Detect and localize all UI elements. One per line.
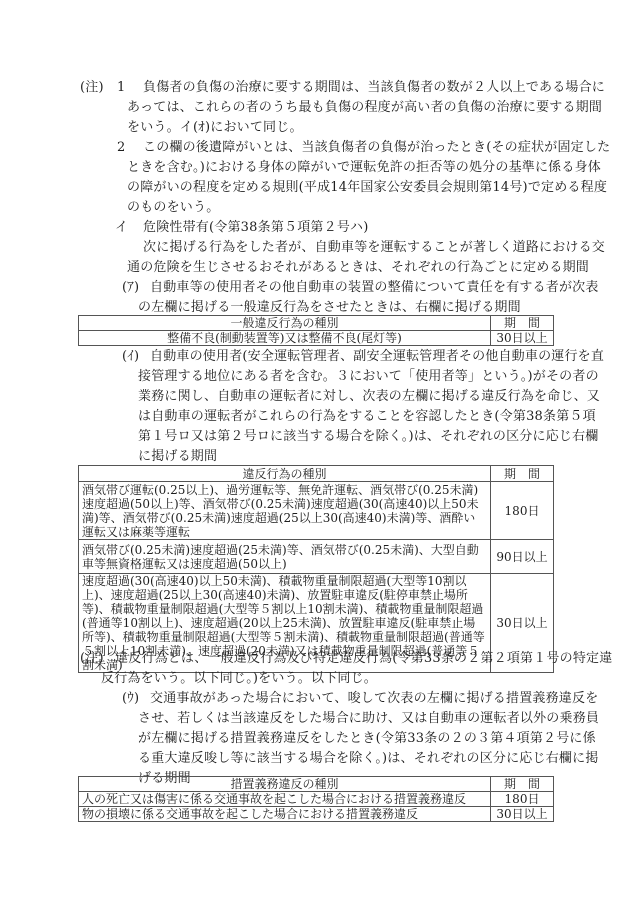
note-2-line-1: この欄の後遺障がいとは、当該負傷者の負傷が治ったとき(その症状が固定した <box>143 138 610 158</box>
sub-b-line-5: 第１号ロ又は第２号ロに該当する場合を除く。)は、それぞれの区分に応じ右欄 <box>138 427 599 447</box>
section-title: 危険性帯有(令第38条第５項第２号ハ) <box>143 218 369 238</box>
note-b-line-1: 違反行為とは、一般違反行為及び特定違反行為(令第33条の２第２項第１号の特定違 <box>115 649 612 669</box>
table-row: 整備不良(制動装置等)又は整備不良(尾灯等) 30日以上 <box>79 331 554 346</box>
table-row: 物の損壊に係る交通事故を起こした場合における措置義務違反 30日以上 <box>79 807 554 822</box>
table-cell-act: 酒気帯び(0.25未満)速度超過(25未満)等、酒気帯び(0.25未満)、大型自… <box>79 540 491 574</box>
sub-c-line-3: が左欄に掲げる措置義務違反をしたとき(令第33条の２の３第４項第２号に係 <box>138 729 596 749</box>
general-violation-table: 一般違反行為の種別 期 間 整備不良(制動装置等)又は整備不良(尾灯等) 30日… <box>78 315 554 346</box>
sub-b-line-1: 自動車の使用者(安全運転管理者、副安全運転管理者その他自動車の運行を直 <box>150 347 604 367</box>
note-number-1: 1 <box>117 78 125 98</box>
sub-b-line-3: 業務に関し、自動車の運転者に対し、次表の左欄に掲げる違反行為を命じ、又 <box>138 387 600 407</box>
sub-c-line-4: る重大違反唆し等に該当する場合を除く。)は、それぞれの区分に応じ右欄に掲 <box>138 749 599 769</box>
sub-a-label: (ｱ) <box>122 278 139 298</box>
violation-table: 違反行為の種別 期 間 酒気帯び運転(0.25以上)、過労運転等、無免許運転、酒… <box>78 465 554 673</box>
table-cell-act: 人の死亡又は傷害に係る交通事故を起こした場合における措置義務違反 <box>79 792 491 807</box>
note-1-line-2: あっては、これらの者のうち最も負傷の程度が高い者の負傷の治療に要する期間 <box>127 98 602 118</box>
note-number-2: 2 <box>117 138 125 158</box>
sub-a-line-1: 自動車等の使用者その他自動車の装置の整備について責任を有する者が次表 <box>150 278 599 298</box>
table-header-type: 違反行為の種別 <box>79 466 491 482</box>
table-row: 人の死亡又は傷害に係る交通事故を起こした場合における措置義務違反 180日 <box>79 792 554 807</box>
sub-b-line-6: に掲げる期間 <box>138 447 217 467</box>
note-2-line-4: のものをいう。 <box>127 198 219 218</box>
note-1-line-1: 負傷者の負傷の治療に要する期間は、当該負傷者の数が２人以上である場合に <box>143 78 605 98</box>
table-header-type: 措置義務違反の種別 <box>79 777 491 792</box>
note-b-line-2: 反行為をいう。以下同じ。)をいう。以下同じ。 <box>101 669 377 689</box>
sub-b-line-4: は自動車の運転者がこれらの行為をすることを容認したとき(令第38条第５項 <box>138 407 596 427</box>
sub-c-line-2: させ、若しくは当該違反をした場合に助け、又は自動車の運転者以外の乗務員 <box>138 709 599 729</box>
note-1-line-3: をいう。イ(ｵ)において同じ。 <box>127 118 303 138</box>
section-intro-line-2: 通の危険を生じさせるおそれがあるときは、それぞれの行為ごとに定める期間 <box>127 258 589 278</box>
section-intro-line-1: 次に掲げる行為をした者が、自動車等を運転することが著しく道路における交 <box>143 238 605 258</box>
sub-c-label: (ｳ) <box>122 689 139 709</box>
table-header-type: 一般違反行為の種別 <box>79 316 491 331</box>
measure-obligation-table: 措置義務違反の種別 期 間 人の死亡又は傷害に係る交通事故を起こした場合における… <box>78 776 554 822</box>
table-row: 酒気帯び(0.25未満)速度超過(25未満)等、酒気帯び(0.25未満)、大型自… <box>79 540 554 574</box>
note-2-line-2: ときを含む。)における身体の障がいで運転免許の拒否等の処分の基準に係る身体 <box>127 158 601 178</box>
table-cell-period: 180日 <box>491 482 554 540</box>
table-cell-period: 180日 <box>491 792 554 807</box>
table-row: 酒気帯び運転(0.25以上)、過労運転等、無免許運転、酒気帯び(0.25未満)速… <box>79 482 554 540</box>
note-b-prefix: (注) <box>80 649 104 669</box>
table-header-period: 期 間 <box>491 466 554 482</box>
table-cell-act: 物の損壊に係る交通事故を起こした場合における措置義務違反 <box>79 807 491 822</box>
table-cell-period: 30日以上 <box>491 807 554 822</box>
table-header-period: 期 間 <box>491 777 554 792</box>
note-2-line-3: の障がいの程度を定める規則(平成14年国家公安委員会規則第14号)で定める程度 <box>127 178 607 198</box>
document-page: (注) 1 負傷者の負傷の治療に要する期間は、当該負傷者の数が２人以上である場合… <box>0 0 630 903</box>
table-cell-period: 30日以上 <box>491 331 554 346</box>
table-cell-act: 酒気帯び運転(0.25以上)、過労運転等、無免許運転、酒気帯び(0.25未満)速… <box>79 482 491 540</box>
section-label: イ <box>115 218 128 238</box>
sub-b-label: (ｲ) <box>122 347 139 367</box>
table-header-period: 期 間 <box>491 316 554 331</box>
note-prefix: (注) <box>80 78 104 98</box>
sub-b-line-2: 接管理する地位にある者を含む。３において「使用者等」という。)がその者の <box>138 367 599 387</box>
table-cell-period: 90日以上 <box>491 540 554 574</box>
sub-c-line-1: 交通事故があった場合において、唆して次表の左欄に掲げる措置義務違反を <box>150 689 598 709</box>
table-cell-act: 整備不良(制動装置等)又は整備不良(尾灯等) <box>79 331 491 346</box>
